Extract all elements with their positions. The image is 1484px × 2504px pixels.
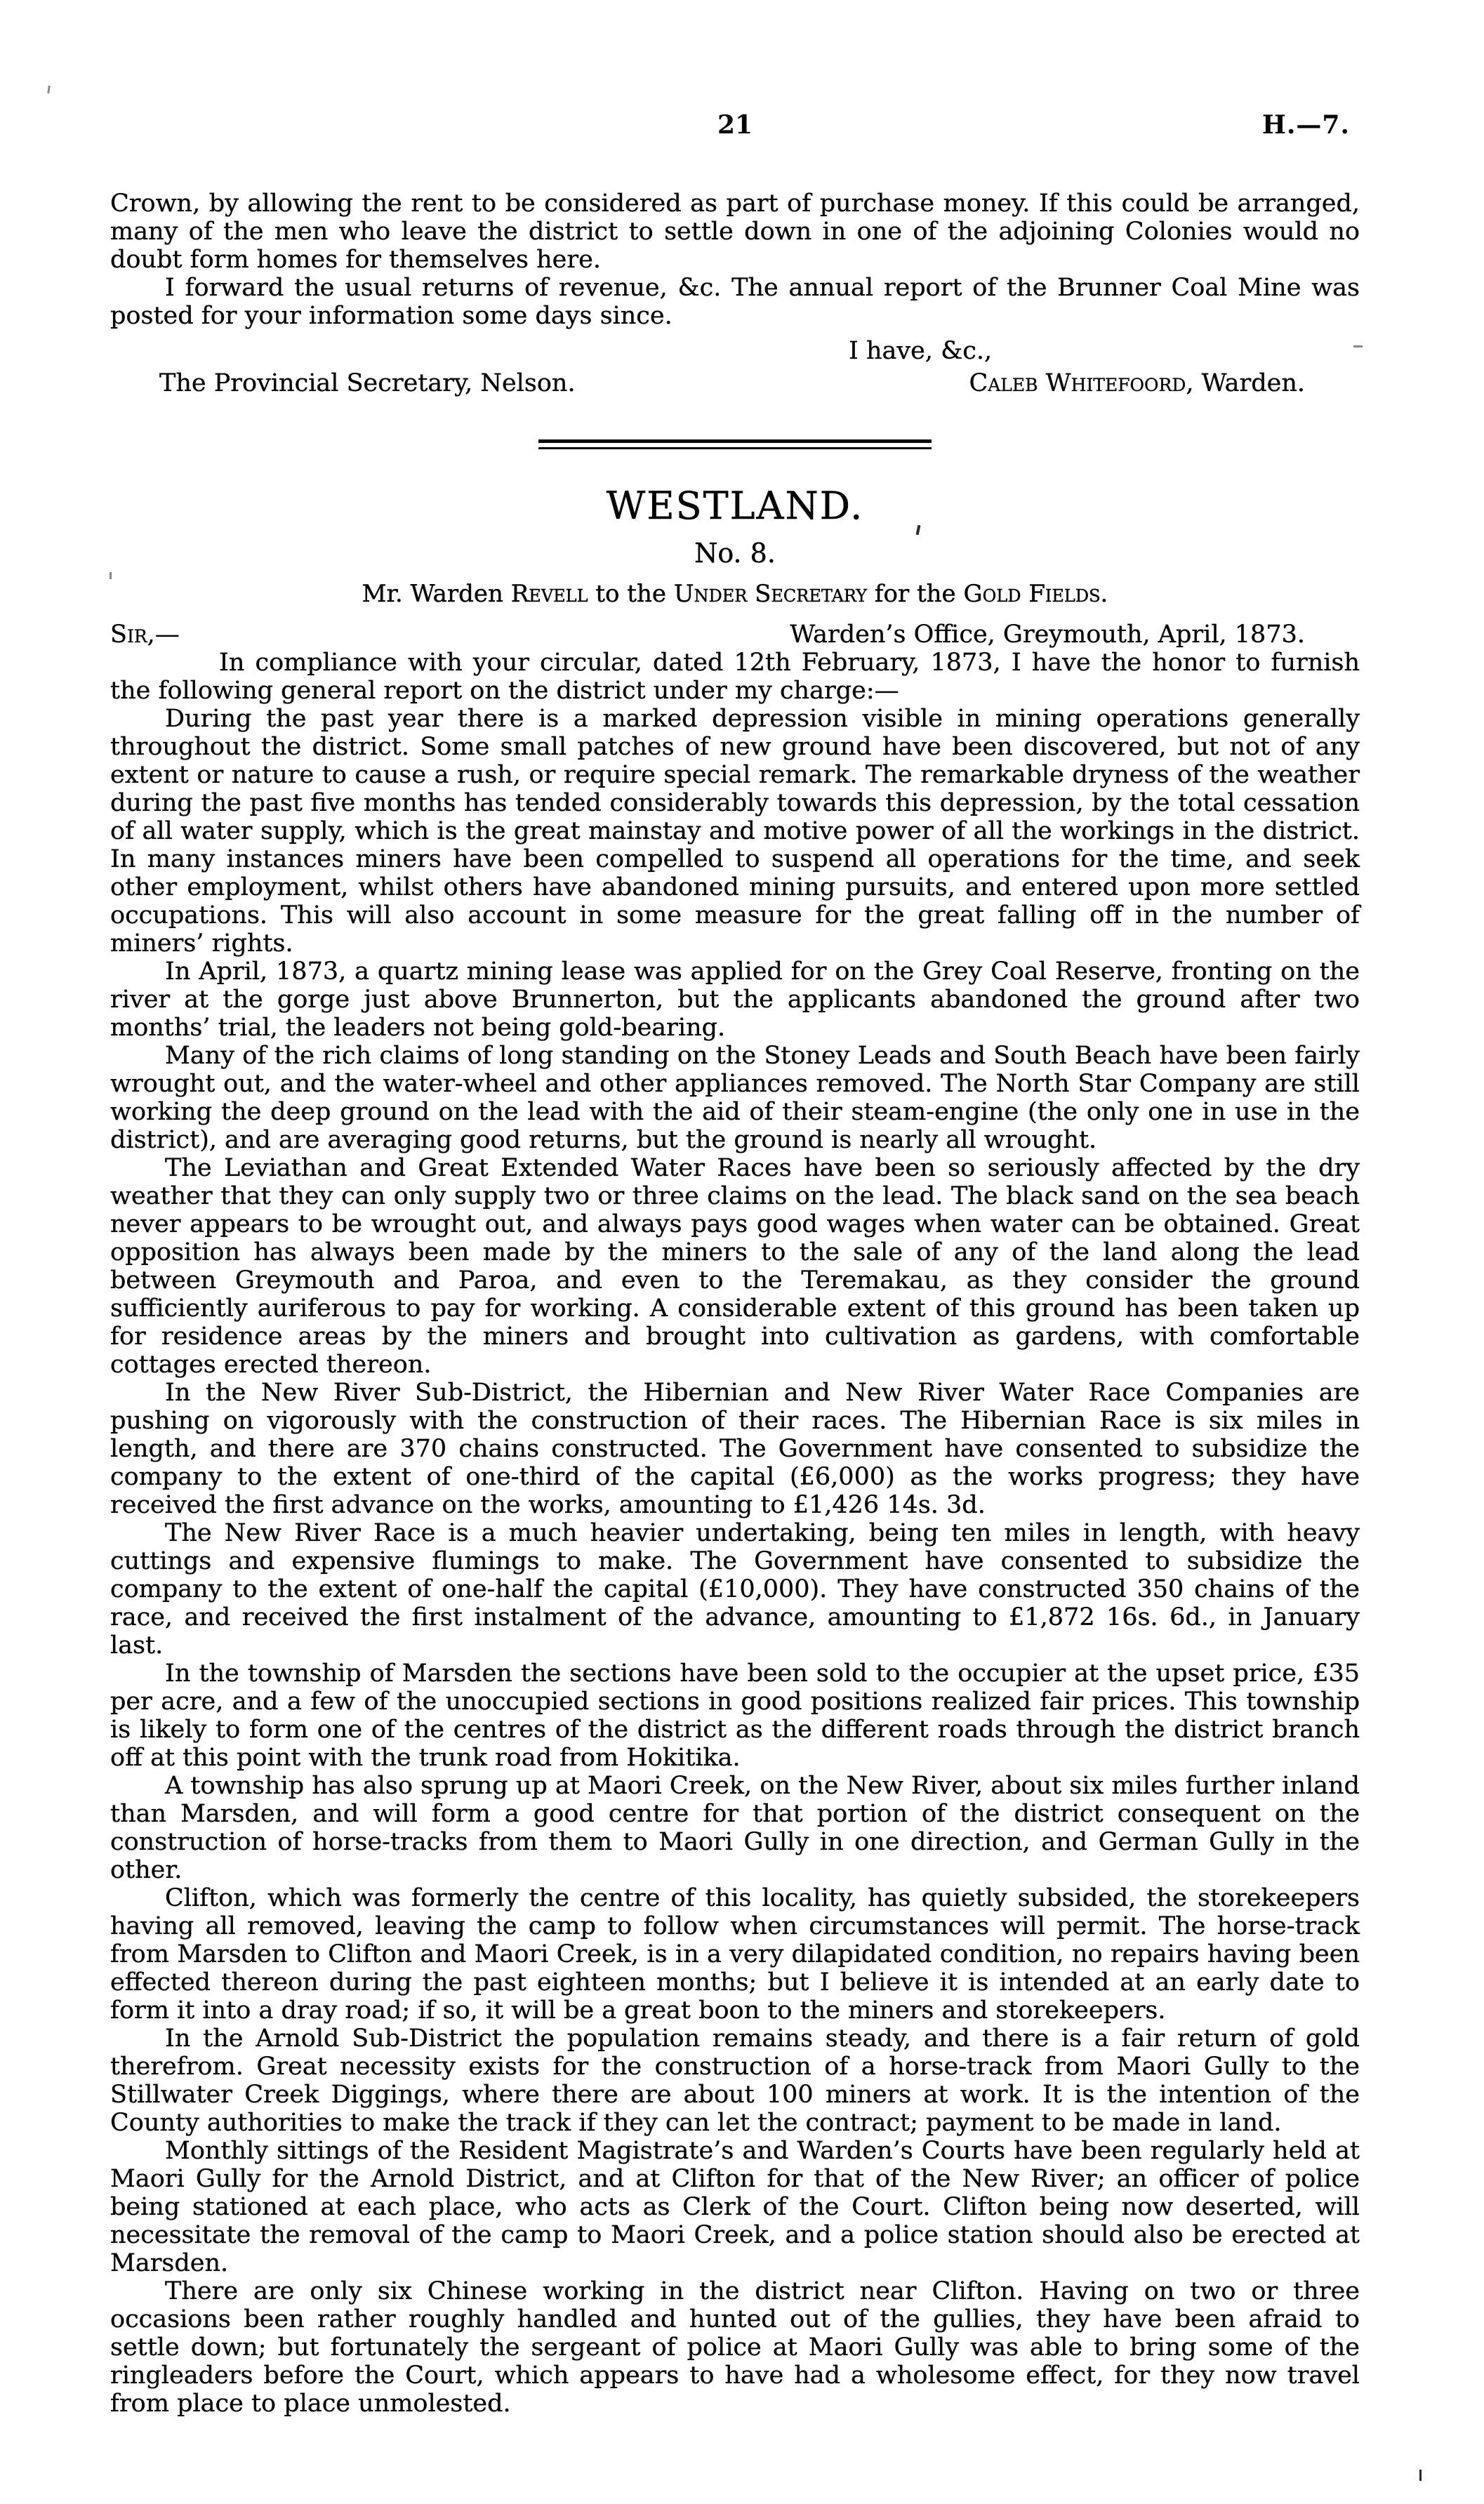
attribution-text: for the [867, 580, 963, 608]
valediction: I have, &c., [110, 337, 1360, 365]
paragraph: I forward the usual returns of revenue, … [110, 274, 1360, 330]
attribution-text: . [1101, 580, 1108, 608]
attribution-office: Under Secretary [674, 580, 867, 608]
attribution-text: to the [588, 580, 674, 608]
attribution-department: Gold Fields [964, 580, 1101, 608]
report-paragraph: There are only six Chinese working in th… [110, 2277, 1360, 2418]
report-paragraph: Many of the rich claims of long standing… [110, 1042, 1360, 1154]
opening-paragraph: In compliance with your circular, dated … [110, 649, 1360, 705]
attribution-text: Mr. Warden [362, 580, 511, 608]
document-reference: H.—7. [1262, 111, 1350, 139]
report-paragraph: In the Arnold Sub-District the populatio… [110, 2025, 1360, 2137]
scanned-document-page: 21 H.—7. Crown, by allowing the rent to … [0, 0, 1484, 2504]
paragraph: Crown, by allowing the rent to be consid… [110, 190, 1360, 274]
addressee: The Provincial Secretary, Nelson. [110, 369, 576, 397]
letter-number-heading: No. 8. [110, 538, 1360, 569]
report-paragraph: A township has also sprung up at Maori C… [110, 1772, 1360, 1884]
report-paragraph: The Leviathan and Great Extended Water R… [110, 1154, 1360, 1379]
signature: Caleb Whitefoord, Warden. [969, 369, 1360, 397]
scan-artifact [1419, 2470, 1422, 2481]
report-paragraph: In the New River Sub-District, the Hiber… [110, 1379, 1360, 1519]
report-paragraph: In April, 1873, a quartz mining lease wa… [110, 958, 1360, 1042]
closing-letter-block: Crown, by allowing the rent to be consid… [110, 190, 1360, 397]
scan-artifact [110, 572, 112, 579]
running-header: 21 H.—7. [110, 111, 1360, 142]
scan-artifact [47, 86, 51, 93]
report-paragraph: In the township of Marsden the sections … [110, 1660, 1360, 1772]
attribution-name: Revell [511, 580, 588, 608]
divider-line [538, 447, 932, 449]
printed-sheet: 21 H.—7. Crown, by allowing the rent to … [110, 0, 1360, 2418]
letter-attribution: Mr. Warden Revell to the Under Secretary… [110, 580, 1360, 608]
signature-name: Caleb Whitefoord [969, 369, 1186, 397]
report-paragraph: The New River Race is a much heavier und… [110, 1519, 1360, 1660]
page-number: 21 [110, 111, 1360, 139]
report-paragraph: Clifton, which was formerly the centre o… [110, 1884, 1360, 2025]
divider-line [538, 439, 932, 443]
signature-row: The Provincial Secretary, Nelson. Caleb … [110, 369, 1360, 397]
scan-artifact [1353, 345, 1363, 347]
region-heading: WESTLAND. [110, 486, 1360, 526]
salutation-row: Sir,— Warden’s Office, Greymouth, April,… [110, 621, 1360, 649]
report-paragraph: Monthly sittings of the Resident Magistr… [110, 2137, 1360, 2277]
salutation: Sir,— [110, 621, 180, 649]
report-paragraph: During the past year there is a marked d… [110, 705, 1360, 958]
section-divider-rule [538, 439, 932, 449]
signature-title: , Warden. [1186, 369, 1305, 397]
dateline: Warden’s Office, Greymouth, April, 1873. [790, 621, 1360, 649]
